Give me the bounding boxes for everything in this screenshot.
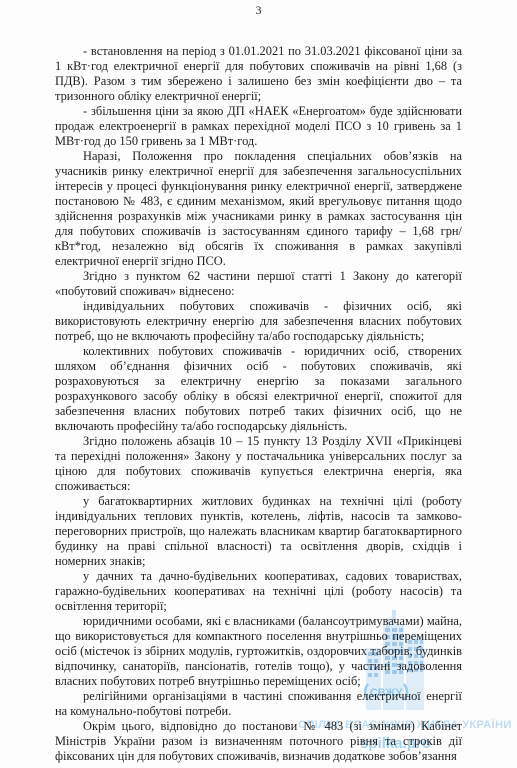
paragraph: колективних побутових споживачів - юриди… [55, 344, 462, 434]
paragraph: Окрім цього, відповідно до постанови № 4… [55, 719, 462, 764]
document-page: СВЖУ СПІЛКА ВЛАСНИКІВ ЖИТЛА УКРАЇНИ spil… [0, 0, 517, 768]
paragraph: Наразі, Положення про покладення спеціал… [55, 149, 462, 269]
paragraph: юридичними особами, які є власниками (ба… [55, 614, 462, 689]
paragraph: Згідно з пунктом 62 частини першої статт… [55, 269, 462, 299]
paragraph: Згідно положень абзаців 10 – 15 пункту 1… [55, 434, 462, 494]
document-body: - встановлення на період з 01.01.2021 по… [55, 44, 462, 764]
paragraph: - встановлення на період з 01.01.2021 по… [55, 44, 462, 104]
page-number: 3 [0, 3, 517, 18]
paragraph: у дачних та дачно-будівельних кооператив… [55, 569, 462, 614]
paragraph: індивідуальних побутових споживачів - фі… [55, 299, 462, 344]
paragraph: у багатоквартирних житлових будинках на … [55, 494, 462, 569]
paragraph: релігійними організаціями в частині спож… [55, 689, 462, 719]
paragraph: - збільшення ціни за якою ДП «НАЕК «Енер… [55, 104, 462, 149]
